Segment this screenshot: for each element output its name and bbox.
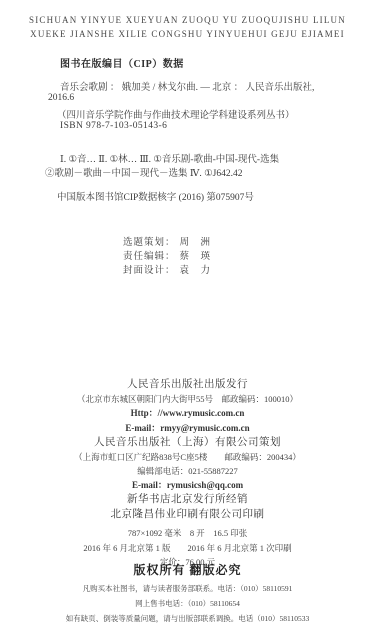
cip-description: 音乐会歌剧 ： 娥加美 / 林戈尔曲. — 北京 ： 人民音乐出版社, [60, 79, 314, 93]
publisher-line: 人民音乐出版社出版发行 [0, 378, 375, 392]
online-sales-line: 网上售书电话：（010）58110654 [0, 598, 375, 609]
cip-isbn: ISBN 978-7-103-05143-6 [60, 121, 167, 131]
publisher-line: 北京隆昌伟业印刷有限公司印刷 [0, 507, 375, 522]
publisher-line: 编辑部电话：021-55887227 [0, 464, 375, 478]
credit-name: 蔡 瑛 [180, 252, 212, 262]
credit-name: 周 洲 [180, 238, 212, 248]
cip-classification-line1: Ⅰ. ①音… Ⅱ. ①林… Ⅲ. ①音乐剧-歌曲-中国-现代-选集 [60, 151, 279, 165]
publisher-block: 人民音乐出版社出版发行 （北京市东城区朝阳门内大街甲55号 邮政编码：10001… [0, 378, 375, 569]
quality-issue-line: 如有缺页、倒装等质量问题，请与出版部联系调换。电话（010）58110533 [0, 613, 375, 624]
credit-row-planning: 选题策划：周 洲 [123, 236, 211, 250]
publisher-line: 787×1092 毫米 8 开 16.5 印张 [0, 525, 375, 541]
cip-classification-line2: ②歌剧－歌曲－中国－现代－选集 Ⅳ. ①J642.42 [45, 165, 242, 179]
pinyin-title-line2: XUEKE JIANSHE XILIE CONGSHU YINYUEHUI GE… [0, 29, 375, 39]
reader-service-line: 凡购买本社图书，请与读者服务部联系。电话：（010）58110591 [0, 583, 375, 594]
copyright-notice: 版权所有 翻版必究 [0, 561, 375, 578]
credit-name: 袁 力 [180, 266, 212, 276]
publisher-line: （上海市虹口区广纪路838号C座5楼 邮政编码：200434） [0, 450, 375, 464]
publisher-line: Http：//www.rymusic.com.cn [0, 406, 375, 420]
cip-year: 2016.6 [48, 93, 74, 103]
credit-role: 选题策划： [123, 238, 176, 248]
publisher-line: （北京市东城区朝阳门内大街甲55号 邮政编码：100010） [0, 392, 375, 406]
credit-row-cover-design: 封面设计：袁 力 [123, 264, 211, 278]
publisher-line: 新华书店北京发行所经销 [0, 492, 375, 507]
credit-row-editor: 责任编辑：蔡 瑛 [123, 250, 211, 264]
credit-role: 封面设计： [123, 266, 176, 276]
pinyin-title-line1: SICHUAN YINYUE XUEYUAN ZUOQU YU ZUOQUJIS… [0, 15, 375, 25]
credit-role: 责任编辑： [123, 252, 176, 262]
publisher-line: 2016 年 6 月北京第 1 版 2016 年 6 月北京第 1 次印刷 [0, 541, 375, 555]
publisher-line: 人民音乐出版社（上海）有限公司策划 [0, 435, 375, 450]
publisher-line: E-mail：rmyy@rymusic.com.cn [0, 421, 375, 435]
publisher-line: E-mail：rymusicsh@qq.com [0, 478, 375, 492]
cip-series-note: （四川音乐学院作曲与作曲技术理论学科建设系列丛书） [57, 107, 295, 121]
cip-heading: 图书在版编目（CIP）数据 [60, 55, 184, 70]
credits-block: 选题策划：周 洲 责任编辑：蔡 瑛 封面设计：袁 力 [123, 236, 211, 278]
cip-record-number: 中国版本图书馆CIP数据核字 (2016) 第075907号 [57, 189, 254, 203]
